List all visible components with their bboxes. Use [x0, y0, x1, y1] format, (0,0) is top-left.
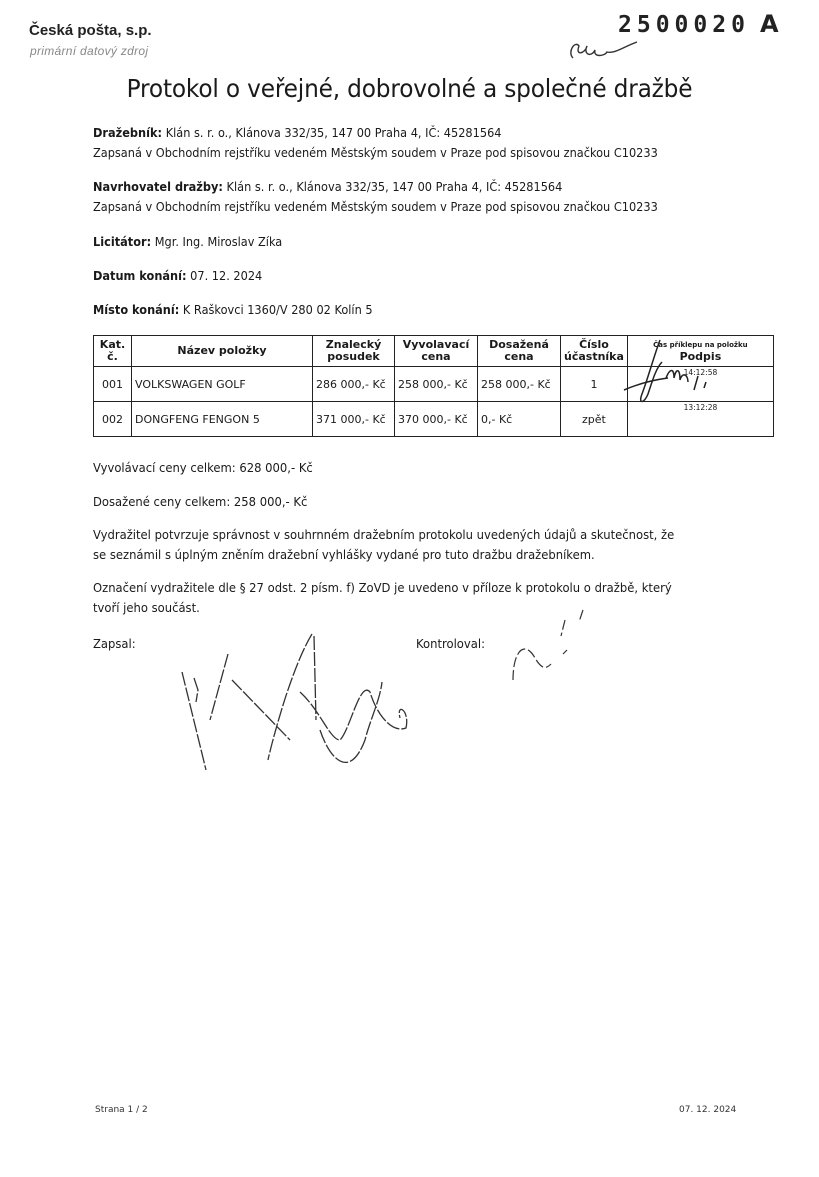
kontroloval-label: Kontroloval:: [416, 634, 600, 654]
licitator-label: Licitátor:: [93, 234, 151, 249]
datum-label: Datum konání:: [93, 268, 187, 283]
cell-nazev: DONGFENG FENGON 5: [132, 402, 313, 437]
header-kat: Kat. č.: [94, 336, 132, 367]
paragraph-designation: Označení vydražitele dle § 27 odst. 2 pí…: [93, 578, 682, 618]
cell-kat: 001: [94, 367, 132, 402]
drazebnik-line: Dražebník: Klán s. r. o., Klánova 332/35…: [93, 125, 501, 140]
header-vyvolavaci: Vyvolavací cena: [395, 336, 478, 367]
cell-znalecky: 286 000,- Kč: [313, 367, 395, 402]
cell-vyvolavaci: 370 000,- Kč: [395, 402, 478, 437]
cell-znalecky: 371 000,- Kč: [313, 402, 395, 437]
table-header-row: Kat. č. Název položky Znalecký posudek V…: [94, 336, 774, 367]
cell-vyvolavaci: 258 000,- Kč: [395, 367, 478, 402]
licitator-line: Licitátor: Mgr. Ing. Miroslav Zíka: [93, 234, 282, 249]
navrhovatel-line: Navrhovatel dražby: Klán s. r. o., Kláno…: [93, 179, 562, 194]
misto-line: Místo konání: K Raškovci 1360/V 280 02 K…: [93, 302, 373, 317]
cell-dosazena: 0,- Kč: [478, 402, 561, 437]
licitator-value: Mgr. Ing. Miroslav Zíka: [155, 234, 283, 249]
navrhovatel-value: Klán s. r. o., Klánova 332/35, 147 00 Pr…: [227, 179, 563, 194]
stamp-letter: A: [760, 10, 779, 38]
cell-cas: 14:12:58: [628, 368, 773, 377]
datum-value: 07. 12. 2024: [190, 268, 262, 283]
total-vyvolavaci: Vyvolávací ceny celkem: 628 000,- Kč: [93, 458, 682, 478]
zapsal-label: Zapsal:: [93, 634, 277, 654]
datum-line: Datum konání: 07. 12. 2024: [93, 268, 262, 283]
stamp-number: 2500020: [618, 12, 750, 38]
page-number: Strana 1 / 2: [95, 1105, 148, 1115]
footer-date: 07. 12. 2024: [679, 1105, 736, 1115]
drazebnik-label: Dražebník:: [93, 125, 162, 140]
navrhovatel-registration: Zapsaná v Obchodním rejstříku vedeném Mě…: [93, 199, 658, 214]
misto-label: Místo konání:: [93, 302, 179, 317]
misto-value: K Raškovci 1360/V 280 02 Kolín 5: [183, 302, 373, 317]
cell-kat: 002: [94, 402, 132, 437]
cell-nazev: VOLKSWAGEN GOLF: [132, 367, 313, 402]
paragraph-confirmation: Vydražitel potvrzuje správnost v souhrnn…: [93, 525, 682, 565]
navrhovatel-label: Navrhovatel dražby:: [93, 179, 223, 194]
header-znalecky: Znalecký posudek: [313, 336, 395, 367]
cell-cas-podpis: 14:12:58: [627, 367, 773, 402]
header-podpis: Podpis: [680, 350, 722, 363]
drazebnik-value: Klán s. r. o., Klánova 332/35, 147 00 Pr…: [166, 125, 502, 140]
document-title: Protokol o veřejné, dobrovolné a společn…: [29, 74, 791, 103]
table-row: 001 VOLKSWAGEN GOLF 286 000,- Kč 258 000…: [94, 367, 774, 402]
org-subtitle: primární datový zdroj: [30, 44, 148, 58]
items-table: Kat. č. Název položky Znalecký posudek V…: [93, 335, 774, 437]
cell-dosazena: 258 000,- Kč: [478, 367, 561, 402]
header-nazev: Název položky: [132, 336, 313, 367]
cell-cislo: 1: [561, 367, 628, 402]
header-dosazena: Dosažená cena: [478, 336, 561, 367]
cell-cas-podpis: 13:12:28: [627, 402, 773, 437]
table-row: 002 DONGFENG FENGON 5 371 000,- Kč 370 0…: [94, 402, 774, 437]
drazebnik-registration: Zapsaná v Obchodním rejstříku vedeném Mě…: [93, 145, 658, 160]
header-cislo: Číslo účastníka: [561, 336, 628, 367]
cell-cas: 13:12:28: [628, 403, 773, 412]
total-dosazene: Dosažené ceny celkem: 258 000,- Kč: [93, 492, 682, 512]
org-name: Česká pošta, s.p.: [29, 22, 152, 39]
cell-cislo: zpět: [561, 402, 628, 437]
header-cas-podpis: Čas příklepu na položku Podpis: [627, 336, 773, 367]
